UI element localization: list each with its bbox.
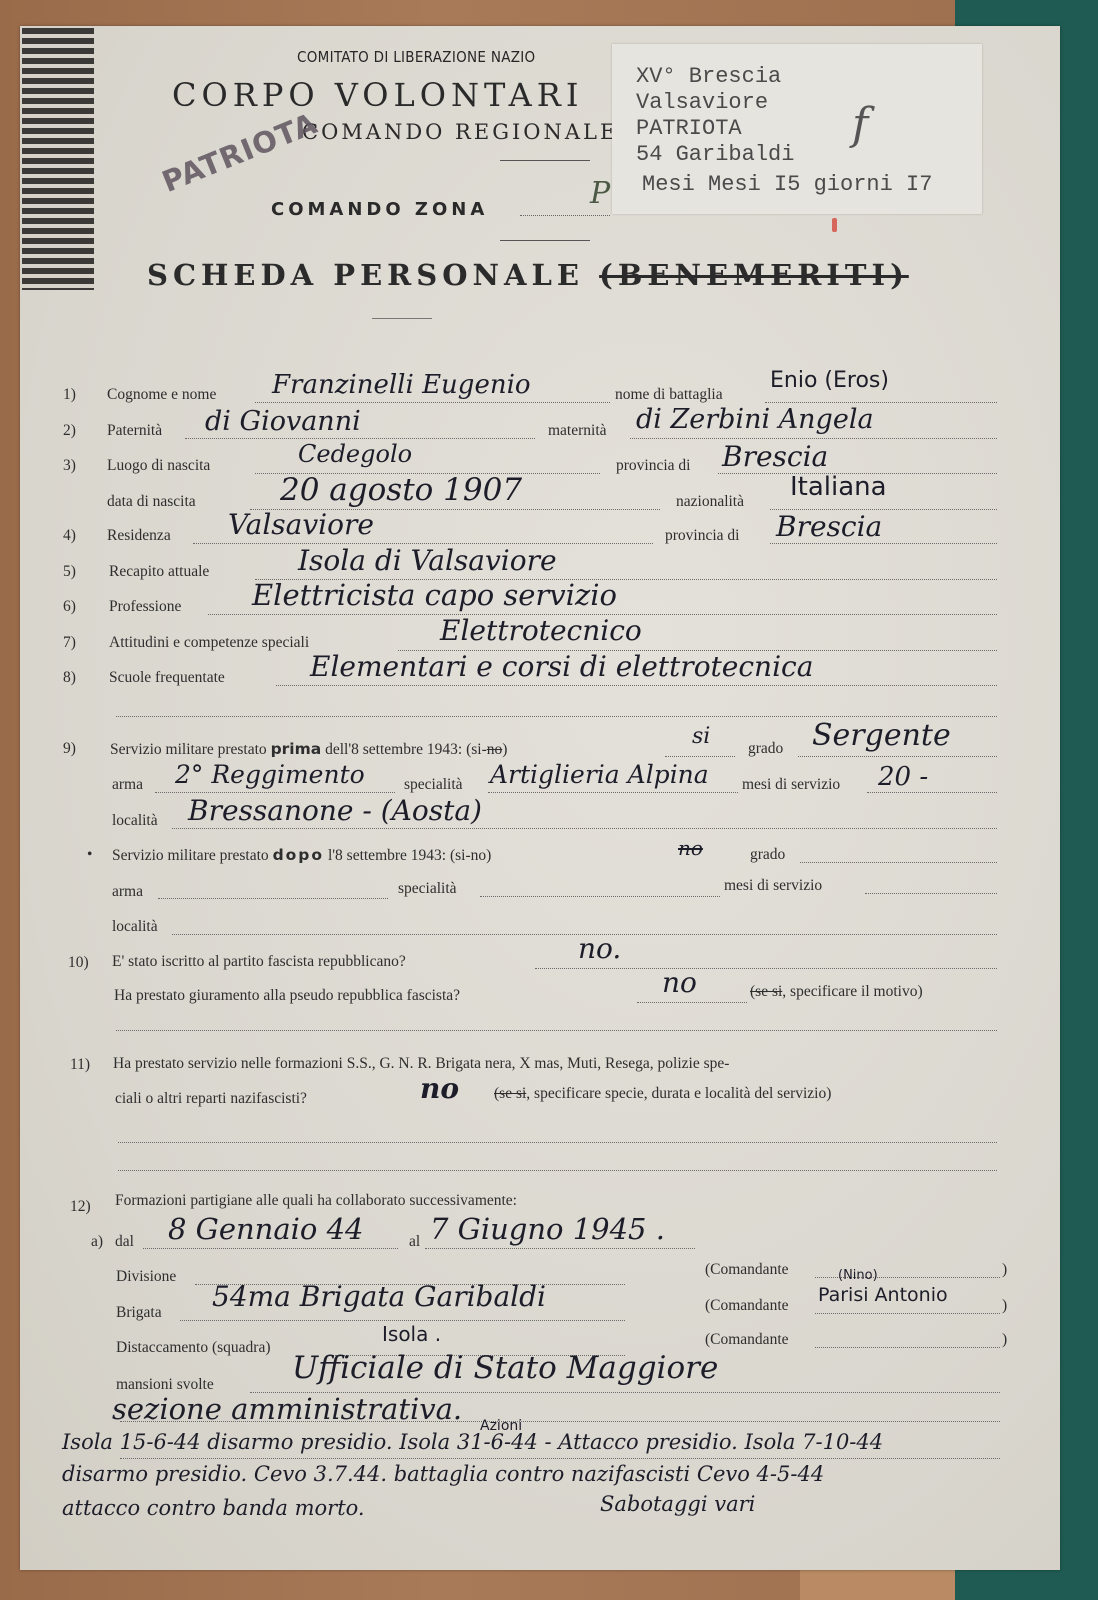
- months-label: mesi di servizio: [742, 776, 840, 794]
- struck-option: no: [487, 741, 503, 758]
- detachment-commander-label: (Comandante: [705, 1331, 789, 1349]
- division-commander-label: (Comandante: [705, 1261, 789, 1279]
- duties-value: Ufficiale di Stato Maggiore: [292, 1350, 718, 1386]
- label-part: Servizio militare prestato: [110, 741, 267, 758]
- nazifascist-service-label: Ha prestato servizio nelle formazioni S.…: [113, 1055, 729, 1073]
- residence-value: Valsaviore: [228, 508, 374, 541]
- fascist-party-value: no.: [578, 932, 621, 965]
- maternity-field: [630, 438, 997, 439]
- struck-option: (se si: [494, 1085, 526, 1102]
- brigade-commander-label: (Comandante: [705, 1297, 789, 1315]
- specialty-field: [480, 896, 720, 897]
- oath-value: no: [662, 966, 697, 999]
- military-before-label: Servizio militare prestato prima dell'8 …: [110, 740, 507, 759]
- actions-note-line: Isola 15-6-44 disarmo presidio. Isola 31…: [62, 1430, 883, 1454]
- current-address-value: Isola di Valsaviore: [298, 544, 557, 577]
- header-rule: [500, 160, 590, 161]
- label-part: dell'8 settembre 1943: (si-: [325, 741, 487, 758]
- item-number: 9): [63, 740, 76, 758]
- label-part: ): [502, 741, 507, 758]
- branch-field: [158, 898, 388, 899]
- from-value: 8 Gennaio 44: [168, 1212, 364, 1246]
- detachment-label: Distaccamento (squadra): [116, 1339, 271, 1357]
- striped-margin: [22, 28, 94, 290]
- item-number: 1): [63, 386, 76, 404]
- specialty-value: Artiglieria Alpina: [490, 760, 709, 789]
- paternity-label: Paternità: [107, 422, 162, 440]
- nazifascist-service-instruction: (se si, specificare specie, durata e loc…: [494, 1085, 831, 1103]
- birthplace-value: Cedegolo: [298, 440, 412, 468]
- sub-item-letter: a): [91, 1233, 103, 1251]
- to-field: [425, 1248, 695, 1249]
- to-label: al: [409, 1233, 420, 1251]
- nazifascist-service-label-2: ciali o altri reparti nazifascisti?: [115, 1090, 307, 1108]
- rank-field: [798, 756, 997, 757]
- label-emphasis: dopo: [273, 846, 325, 864]
- actions-note-line: attacco contro banda morto.: [62, 1496, 365, 1520]
- birth-province-label: provincia di: [616, 457, 690, 475]
- location-label: località: [112, 812, 158, 830]
- specialty-label: specialità: [398, 880, 457, 898]
- label-emphasis: prima: [271, 740, 322, 758]
- rank-label: grado: [750, 846, 785, 864]
- title-text: SCHEDA PERSONALE: [147, 258, 584, 292]
- location-value: Bressanone - (Aosta): [188, 794, 482, 827]
- fascist-party-field: [535, 968, 997, 969]
- branch-field: [155, 792, 395, 793]
- red-mark: [832, 218, 837, 232]
- title-struck-text: (BENEMERITI): [599, 258, 909, 292]
- military-after-value: no: [678, 836, 703, 860]
- item-number: 5): [63, 563, 76, 581]
- item-number: 8): [63, 669, 76, 687]
- from-field: [143, 1248, 398, 1249]
- committee-heading: COMITATO DI LIBERAZIONE NAZIO: [297, 48, 535, 66]
- label-line: XV° Brescia: [636, 64, 781, 89]
- schools-field: [276, 685, 997, 686]
- commander-nickname: (Nino): [838, 1268, 878, 1283]
- nazifascist-details-field: [118, 1142, 997, 1143]
- residence-province-label: provincia di: [665, 527, 739, 545]
- paren-close: ): [1002, 1261, 1007, 1279]
- surname-name-field: [255, 402, 610, 403]
- current-address-label: Recapito attuale: [109, 563, 209, 581]
- residence-label: Residenza: [107, 527, 171, 545]
- rank-label: grado: [748, 740, 783, 758]
- nazifascist-details-field: [118, 1170, 997, 1171]
- paren-close: ): [1002, 1331, 1007, 1349]
- brigade-field: [180, 1320, 625, 1321]
- paternity-field: [185, 438, 535, 439]
- location-field: [172, 828, 997, 829]
- branch-label: arma: [112, 776, 143, 794]
- battle-name-label: nome di battaglia: [615, 386, 723, 404]
- birthdate-label: data di nascita: [107, 493, 196, 511]
- label-part: , specificare il motivo): [782, 983, 922, 1000]
- to-value: 7 Giugno 1945 .: [430, 1212, 665, 1246]
- oath-field: [637, 1002, 747, 1003]
- birthplace-label: Luogo di nascita: [107, 457, 210, 475]
- branch-label: arma: [112, 883, 143, 901]
- partisan-formations-label: Formazioni partigiane alle quali ha coll…: [115, 1192, 517, 1210]
- surname-name-label: Cognome e nome: [107, 386, 216, 404]
- detachment-value: Isola .: [382, 1322, 441, 1346]
- months-field: [867, 792, 997, 793]
- birthdate-value: 20 agosto 1907: [280, 472, 522, 508]
- oath-reason-field: [116, 1030, 997, 1031]
- months-label: mesi di servizio: [724, 877, 822, 895]
- military-before-value: si: [692, 724, 710, 749]
- special-skills-value: Elettrotecnico: [440, 614, 642, 647]
- paternity-value: di Giovanni: [205, 406, 361, 437]
- bullet: •: [87, 846, 92, 864]
- months-value: 20 -: [878, 762, 928, 792]
- detachment-commander-field: [815, 1347, 1000, 1348]
- label-line: Valsaviore: [636, 90, 768, 115]
- rank-field: [800, 862, 997, 863]
- title-rule: [372, 318, 432, 319]
- label-part: Servizio militare prestato: [112, 847, 269, 864]
- schools-label: Scuole frequentate: [109, 669, 225, 687]
- special-skills-label: Attitudini e competenze speciali: [109, 634, 309, 652]
- zone-command-field: [520, 215, 610, 216]
- oath-instruction: (se si, specificare il motivo): [750, 983, 923, 1001]
- surname-name-value: Franzinelli Eugenio: [272, 370, 531, 400]
- battle-name-value: Enio (Eros): [770, 368, 889, 393]
- brigade-commander-field: [815, 1313, 1000, 1314]
- typed-label-card: XV° Brescia Valsaviore PATRIOTA 54 Garib…: [612, 44, 982, 214]
- rank-value: Sergente: [812, 718, 951, 753]
- corps-heading: CORPO VOLONTARI: [172, 76, 583, 114]
- page-title: SCHEDA PERSONALE (BENEMERITI): [147, 258, 909, 292]
- military-after-label: Servizio militare prestato dopo l'8 sett…: [112, 846, 491, 865]
- actions-note-line: Sabotaggi vari: [600, 1492, 755, 1516]
- label-line: PATRIOTA: [636, 116, 742, 141]
- item-number: 11): [70, 1056, 90, 1074]
- label-part: l'8 settembre 1943: (si-no): [328, 847, 491, 864]
- profession-value: Elettricista capo servizio: [252, 578, 617, 612]
- location-label: località: [112, 918, 158, 936]
- paren-close: ): [1002, 1297, 1007, 1315]
- notes-line: [120, 1458, 1000, 1459]
- residence-province-value: Brescia: [776, 510, 882, 543]
- brigade-commander-value: Parisi Antonio: [818, 1284, 948, 1306]
- military-before-field: [665, 756, 735, 757]
- handwritten-initial: f: [852, 99, 868, 150]
- nationality-label: nazionalità: [676, 493, 744, 511]
- zone-command-heading: COMANDO ZONA: [271, 199, 488, 220]
- item-number: 7): [63, 634, 76, 652]
- oath-label: Ha prestato giuramento alla pseudo repub…: [114, 987, 460, 1005]
- brigade-value: 54ma Brigata Garibaldi: [212, 1280, 546, 1313]
- actions-note-line: disarmo presidio. Cevo 3.7.44. battaglia…: [62, 1462, 824, 1486]
- division-label: Divisione: [116, 1268, 176, 1286]
- item-number: 3): [63, 457, 76, 475]
- profession-label: Professione: [109, 598, 181, 616]
- birth-province-value: Brescia: [722, 440, 828, 473]
- item-number: 10): [68, 954, 89, 972]
- item-number: 4): [63, 527, 76, 545]
- maternity-value: di Zerbini Angela: [636, 404, 874, 435]
- label-line: Mesi Mesi I5 giorni I7: [642, 172, 932, 197]
- residence-province-field: [770, 543, 997, 544]
- maternity-label: maternità: [548, 422, 607, 440]
- months-field: [865, 893, 997, 894]
- item-number: 12): [70, 1198, 91, 1216]
- label-part: , specificare specie, durata e località …: [526, 1085, 831, 1102]
- branch-value: 2° Reggimento: [175, 760, 365, 789]
- schools-field-extra: [116, 716, 997, 717]
- label-line: 54 Garibaldi: [636, 142, 794, 167]
- nationality-value: Italiana: [790, 472, 887, 502]
- specialty-label: specialità: [404, 776, 463, 794]
- battle-name-field: [765, 402, 997, 403]
- from-label: dal: [115, 1233, 134, 1251]
- zone-command-value: P: [590, 176, 610, 211]
- schools-value: Elementari e corsi di elettrotecnica: [310, 650, 813, 683]
- duties-value-2: sezione amministrativa.: [112, 1392, 462, 1426]
- header-rule: [500, 240, 590, 241]
- struck-option: (se si: [750, 983, 782, 1000]
- nazifascist-service-value: no: [420, 1072, 459, 1105]
- item-number: 2): [63, 422, 76, 440]
- item-number: 6): [63, 598, 76, 616]
- fascist-party-label: E' stato iscritto al partito fascista re…: [112, 953, 406, 971]
- specialty-field: [488, 792, 738, 793]
- regional-command-heading: COMANDO REGIONALE: [302, 120, 618, 144]
- brigade-label: Brigata: [116, 1304, 162, 1322]
- wood-backdrop: [800, 1565, 955, 1600]
